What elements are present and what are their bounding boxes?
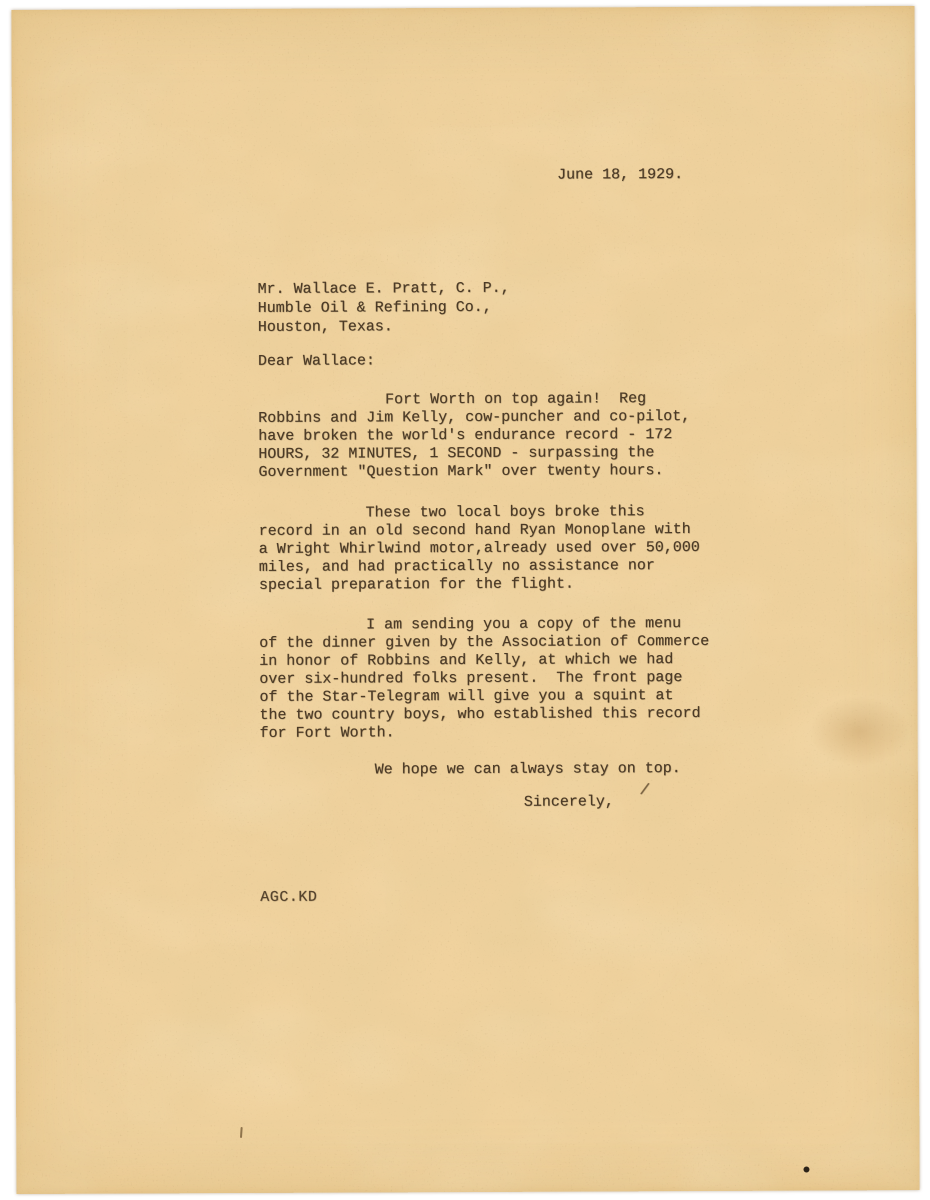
typist-initials: AGC.KD bbox=[260, 889, 317, 907]
text-line: I am sending you a copy of the menu bbox=[259, 615, 709, 635]
text-line: These two local boys broke this bbox=[259, 503, 700, 523]
text-line: in honor of Robbins and Kelly, at which … bbox=[259, 651, 709, 671]
text-line: of the Star-Telegram will give you a squ… bbox=[259, 687, 709, 707]
recipient-address: Mr. Wallace E. Pratt, C. P.,Humble Oil &… bbox=[258, 279, 510, 337]
paper-texture bbox=[11, 6, 919, 1194]
text-line: Houston, Texas. bbox=[258, 317, 510, 337]
text-line: over six-hundred folks present. The fron… bbox=[259, 669, 709, 689]
text-line: record in an old second hand Ryan Monopl… bbox=[259, 521, 700, 541]
text-line: miles, and had practically no assistance… bbox=[259, 557, 700, 577]
date-line: June 18, 1929. bbox=[557, 166, 683, 185]
letter-paragraph-2: These two local boys broke thisrecord in… bbox=[259, 503, 700, 595]
text-line: Robbins and Jim Kelly, cow-puncher and c… bbox=[258, 408, 690, 428]
ink-speck bbox=[803, 1167, 809, 1173]
scan-background: June 18, 1929. Mr. Wallace E. Pratt, C. … bbox=[0, 0, 930, 1200]
text-line: of the dinner given by the Association o… bbox=[259, 633, 709, 653]
pen-slash-mark: / bbox=[639, 781, 651, 800]
text-line: Humble Oil & Refining Co., bbox=[258, 298, 510, 318]
text-line: Government "Question Mark" over twenty h… bbox=[258, 462, 690, 482]
text-line: special preparation for the flight. bbox=[259, 575, 700, 595]
text-line: for Fort Worth. bbox=[260, 723, 710, 743]
salutation: Dear Wallace: bbox=[258, 352, 375, 371]
paper-sheet: June 18, 1929. Mr. Wallace E. Pratt, C. … bbox=[11, 6, 919, 1194]
ink-scratch bbox=[240, 1127, 243, 1138]
text-line: HOURS, 32 MINUTES, 1 SECOND - surpassing… bbox=[258, 444, 690, 464]
letter-paragraph-3: I am sending you a copy of the menuof th… bbox=[259, 615, 710, 743]
signoff: Sincerely, bbox=[524, 793, 614, 811]
paper-stain bbox=[809, 696, 909, 766]
text-line: the two country boys, who established th… bbox=[259, 705, 709, 725]
letter-paragraph-1: Fort Worth on top again! RegRobbins and … bbox=[258, 390, 690, 482]
text-line: Mr. Wallace E. Pratt, C. P., bbox=[258, 279, 510, 299]
text-line: Fort Worth on top again! Reg bbox=[258, 390, 690, 410]
closing-line: We hope we can always stay on top. bbox=[375, 760, 681, 779]
text-line: have broken the world's endurance record… bbox=[258, 426, 690, 446]
text-line: a Wright Whirlwind motor,already used ov… bbox=[259, 539, 700, 559]
